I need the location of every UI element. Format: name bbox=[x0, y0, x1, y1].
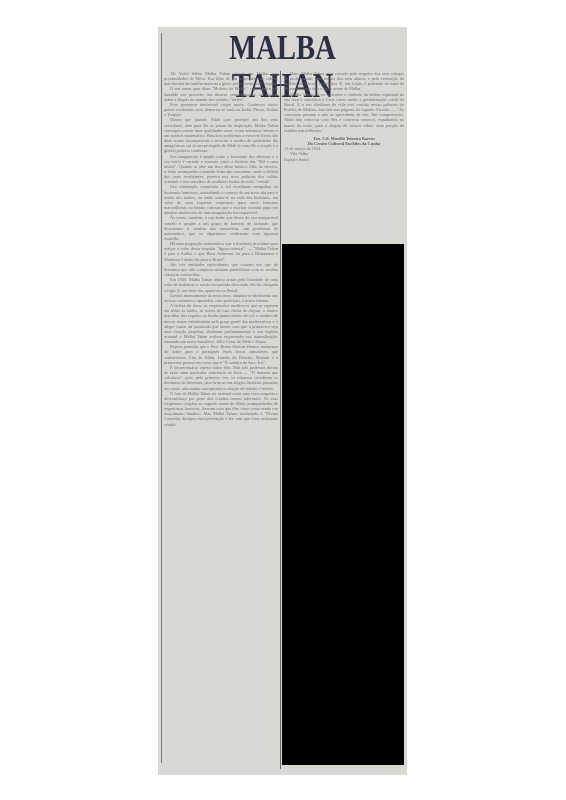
paragraph: Sua imaginação é ampla como o horizonte … bbox=[164, 154, 278, 185]
right-column: Hoje, Malba Tahan vive cercado pelo resp… bbox=[284, 71, 404, 162]
paragraph: É desnecessário repetir todos êles. Mas … bbox=[164, 365, 278, 391]
paragraph: Gostou imensamente da nova terra, adapto… bbox=[164, 293, 278, 303]
left-border-rule bbox=[161, 33, 162, 763]
paragraph: A beleza da terra, os crepúsculos multic… bbox=[164, 303, 278, 344]
paragraph: Às vezes, também, é um árabe que desce d… bbox=[164, 215, 278, 241]
paragraph: Malba Tahan vê no crescente o símbolo da… bbox=[284, 92, 404, 133]
paragraph: Hoje, Malba Tahan vive cercado pelo resp… bbox=[284, 71, 404, 92]
left-column: Ali Yezid Salim Malba Tahan nasceu em Ma… bbox=[164, 71, 278, 427]
paragraph: O seu nome quer dizer "Moleiro de Malba"… bbox=[164, 86, 278, 101]
newspaper-clipping: MALBA TAHAN Ali Yezid Salim Malba Tahan … bbox=[158, 27, 407, 775]
paragraph: Dizem que quando Allah quer proteger um … bbox=[164, 117, 278, 153]
paragraph: Depois permitiu que o Prof. Breno Alenca… bbox=[164, 344, 278, 365]
paragraph: Há uma proporção matemática que a litera… bbox=[164, 241, 278, 262]
paragraph: São três entidades equivalentes que cria… bbox=[164, 262, 278, 277]
paragraph: Fino apreensor intelectual viajou muito.… bbox=[164, 102, 278, 117]
redacted-black-region bbox=[282, 244, 404, 765]
paragraph: Ali Yezid Salim Malba Tahan nasceu em Ma… bbox=[164, 71, 278, 86]
paragraph: Ora contempla, comovido, o sol escaldant… bbox=[164, 184, 278, 215]
column-divider bbox=[280, 71, 281, 769]
signature-state: Espírito Santo. bbox=[284, 157, 404, 162]
paragraph: O fato de Malba Tahan ser oriental criou… bbox=[164, 391, 278, 427]
headline: MALBA TAHAN bbox=[180, 29, 384, 67]
paragraph: Em 1930, Malba Tahan tomou armas pela li… bbox=[164, 277, 278, 292]
